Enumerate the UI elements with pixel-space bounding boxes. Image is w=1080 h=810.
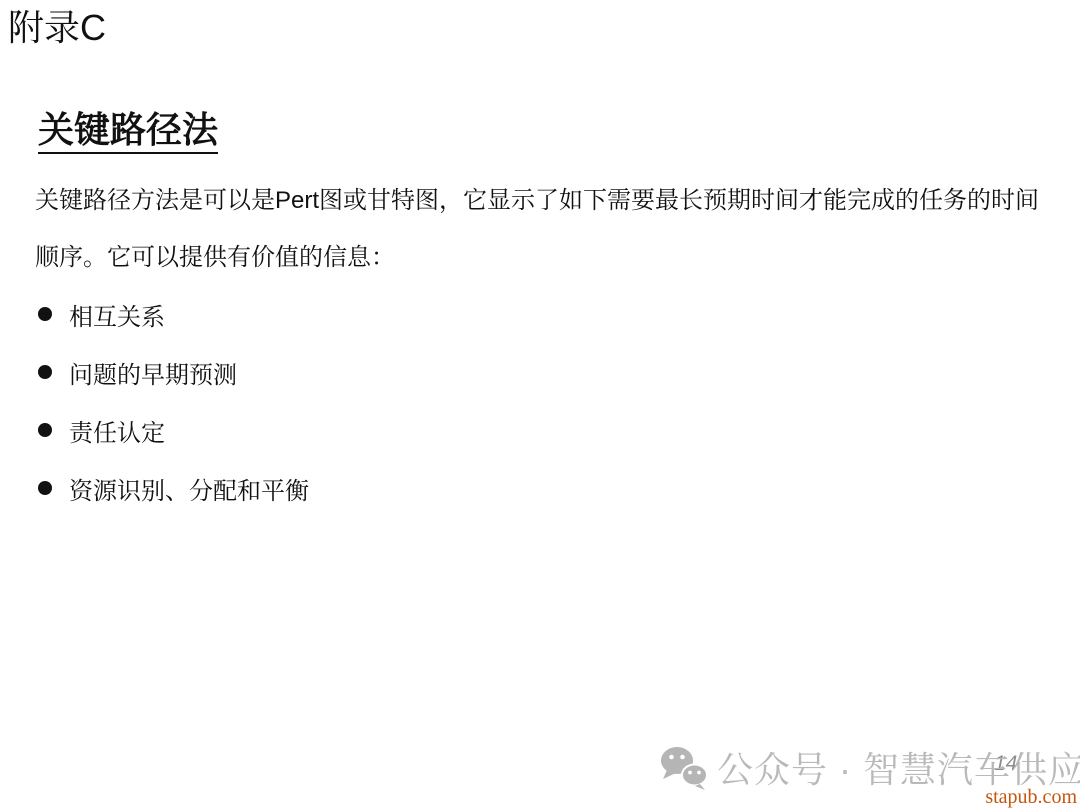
- list-item-label: 相互关系: [69, 297, 165, 332]
- bullet-icon: [38, 365, 52, 379]
- list-item: 资源识别、分配和平衡: [38, 459, 309, 517]
- list-item-label: 责任认定: [69, 413, 165, 448]
- bullet-icon: [38, 307, 52, 321]
- bullet-icon: [38, 423, 52, 437]
- body-paragraph: 关键路径方法是可以是Pert图或甘特图，它显示了如下需要最长预期时间才能完成的任…: [35, 172, 1055, 286]
- section-heading-text: 关键路径法: [38, 108, 218, 154]
- bullet-list: 相互关系 问题的早期预测 责任认定 资源识别、分配和平衡: [38, 285, 309, 517]
- appendix-label: 附录C: [8, 6, 106, 49]
- list-item: 相互关系: [38, 285, 309, 343]
- section-heading: 关键路径法: [38, 108, 218, 154]
- list-item-label: 问题的早期预测: [69, 355, 237, 390]
- list-item-label: 资源识别、分配和平衡: [69, 471, 309, 506]
- list-item: 责任认定: [38, 401, 309, 459]
- list-item: 问题的早期预测: [38, 343, 309, 401]
- bullet-icon: [38, 481, 52, 495]
- wechat-icon: [660, 745, 708, 790]
- site-link: stapub.com: [985, 786, 1077, 809]
